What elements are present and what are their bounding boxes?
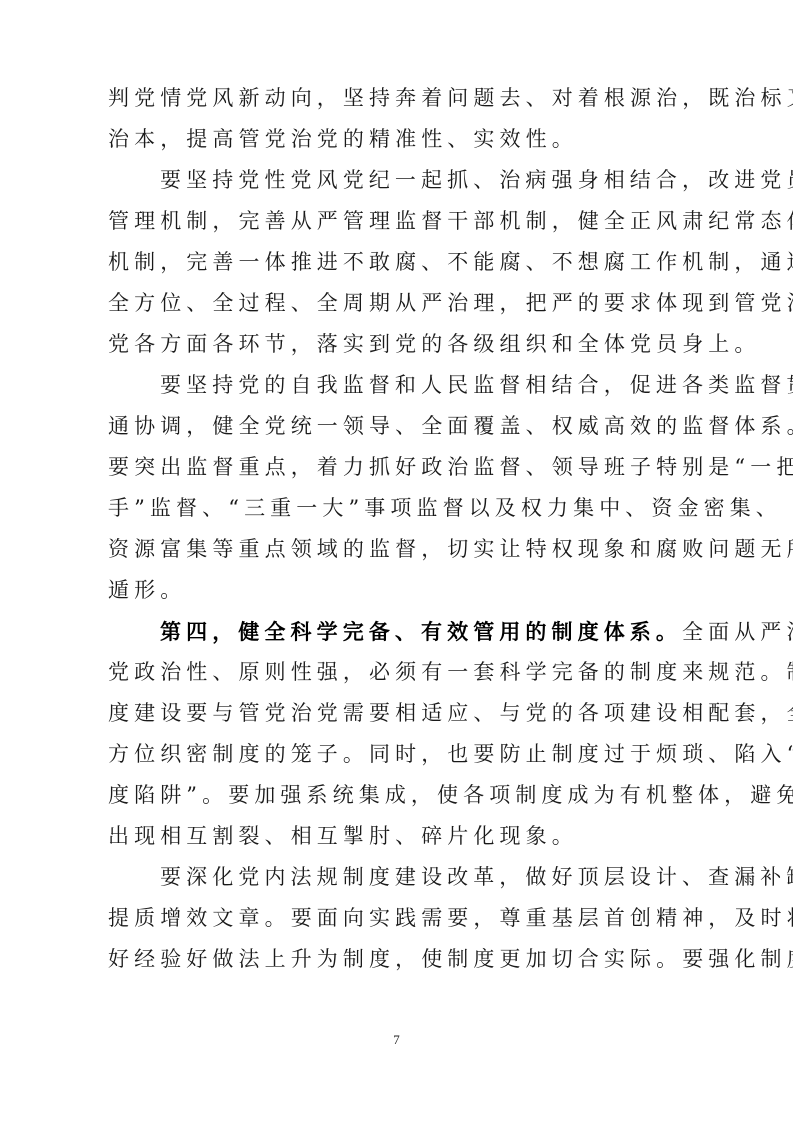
text-line: 党各方面各环节，落实到党的各级组织和全体党员身上。 (108, 324, 684, 365)
text-line: 好经验好做法上升为制度，使制度更加切合实际。要强化制度 (108, 939, 684, 980)
text-line: 方位织密制度的笼子。同时，也要防止制度过于烦琐、陷入“制 (108, 734, 684, 775)
text-line: 提质增效文章。要面向实践需要，尊重基层首创精神，及时将 (108, 898, 684, 939)
text-line: 治本，提高管党治党的精准性、实效性。 (108, 119, 684, 160)
text-segment: 全面从严治 (682, 620, 793, 644)
text-line: 度陷阱”。要加强系统集成，使各项制度成为有机整体，避免 (108, 775, 684, 816)
text-line: 手”监督、“三重一大”事项监督以及权力集中、资金密集、 (108, 488, 684, 529)
text-line: 判党情党风新动向，坚持奔着问题去、对着根源治，既治标又 (108, 78, 684, 119)
text-line: 度建设要与管党治党需要相适应、与党的各项建设相配套，全 (108, 693, 684, 734)
text-line: 要深化党内法规制度建设改革，做好顶层设计、查漏补缺、 (108, 857, 684, 898)
text-line: 全方位、全过程、全周期从严治理，把严的要求体现到管党治 (108, 283, 684, 324)
document-page: 判党情党风新动向，坚持奔着问题去、对着根源治，既治标又 治本，提高管党治党的精准… (0, 0, 793, 1122)
text-line: 资源富集等重点领域的监督，切实让特权现象和腐败问题无所 (108, 529, 684, 570)
text-line: 要坚持党性党风党纪一起抓、治病强身相结合，改进党员 (108, 160, 684, 201)
body-text: 判党情党风新动向，坚持奔着问题去、对着根源治，既治标又 治本，提高管党治党的精准… (108, 78, 684, 980)
text-line: 通协调，健全党统一领导、全面覆盖、权威高效的监督体系。 (108, 406, 684, 447)
section-heading-line: 第四，健全科学完备、有效管用的制度体系。全面从严治 (108, 611, 684, 652)
text-line: 出现相互割裂、相互掣肘、碎片化现象。 (108, 816, 684, 857)
text-line: 管理机制，完善从严管理监督干部机制，健全正风肃纪常态化 (108, 201, 684, 242)
text-line: 机制，完善一体推进不敢腐、不能腐、不想腐工作机制，通过 (108, 242, 684, 283)
section-heading: 第四，健全科学完备、有效管用的制度体系。 (160, 619, 682, 644)
text-line: 要突出监督重点，着力抓好政治监督、领导班子特别是“一把 (108, 447, 684, 488)
text-line: 要坚持党的自我监督和人民监督相结合，促进各类监督贯 (108, 365, 684, 406)
text-line: 遁形。 (108, 570, 684, 611)
page-number: 7 (0, 1032, 793, 1048)
text-line: 党政治性、原则性强，必须有一套科学完备的制度来规范。制 (108, 652, 684, 693)
